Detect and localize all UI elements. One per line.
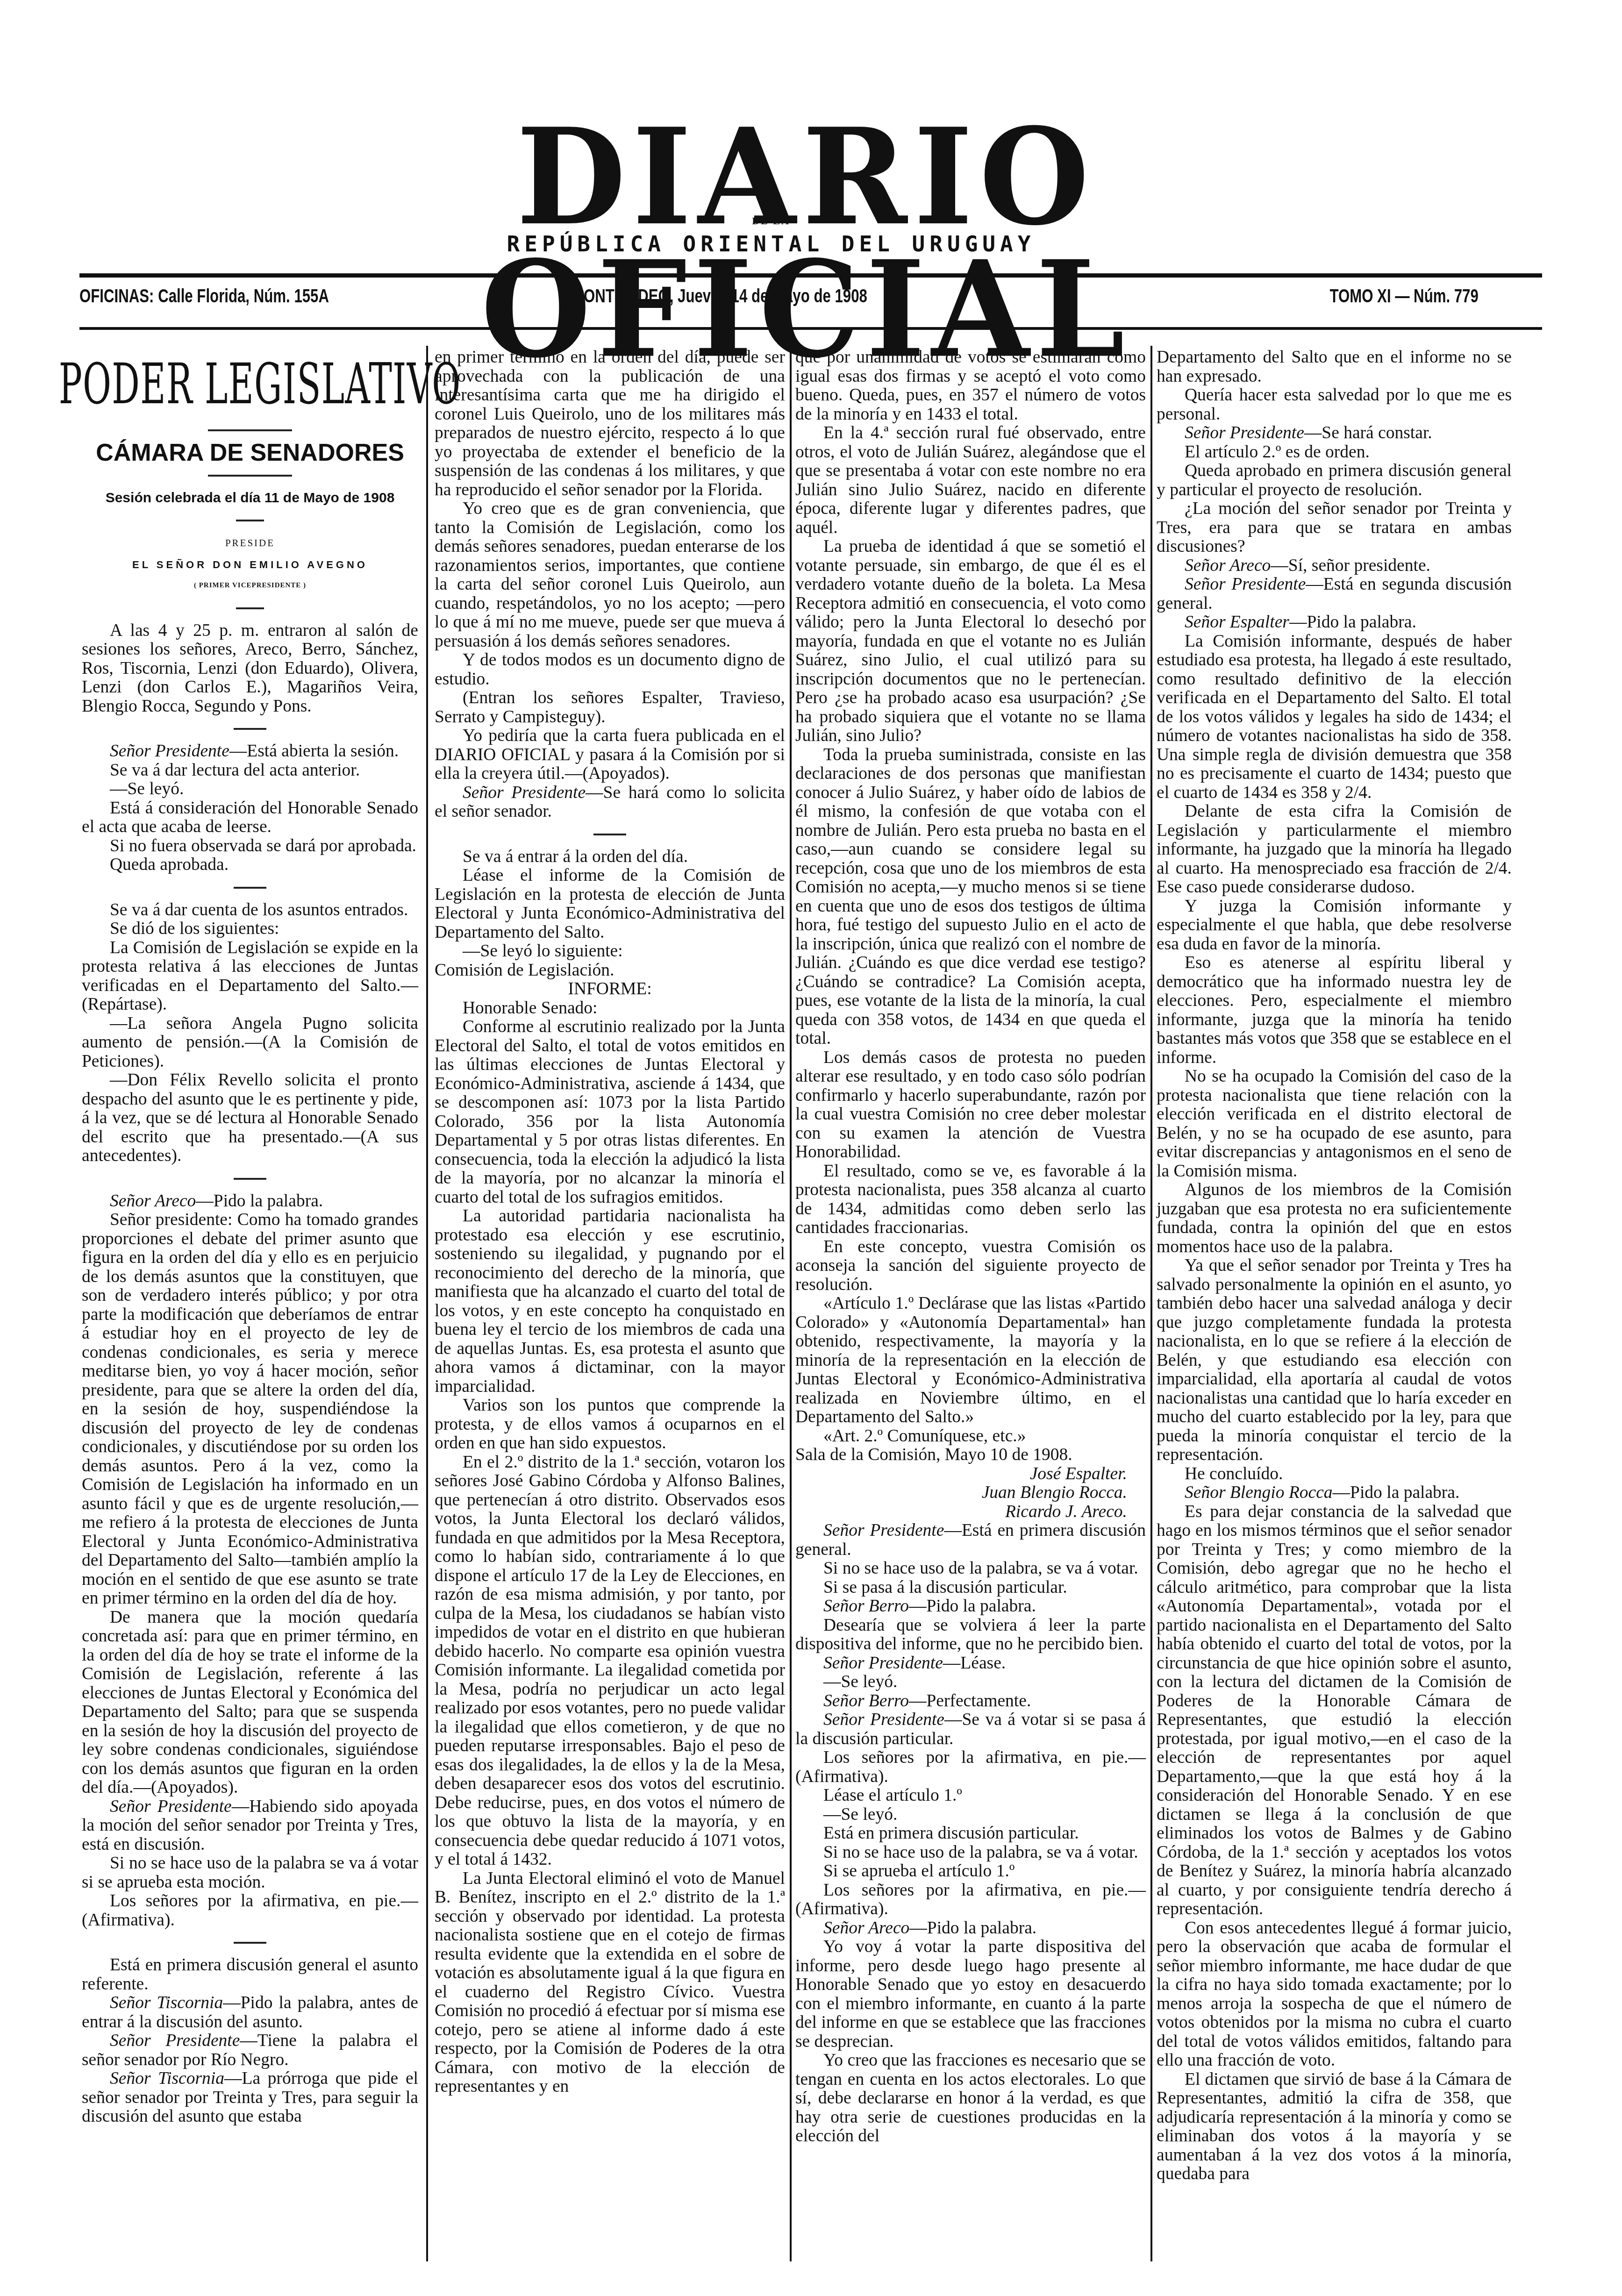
speaker-name: Señor Presidente [110, 742, 229, 761]
paragraph: Yo voy á votar la parte dispositiva del … [795, 1938, 1146, 2051]
speech-paragraph: Señor Berro—Perfectamente. [795, 1692, 1146, 1711]
paragraph-text: «Art. 2.º Comuníquese, etc.» [823, 1426, 1026, 1446]
paragraph-text: Es para dejar constancia de la salvedad … [1157, 1502, 1512, 1919]
paragraph-text: —Se leyó. [110, 779, 184, 799]
paragraph-text: Se va á entrar á la orden del día. [463, 847, 688, 866]
paragraph: Algunos de los miembros de la Comisión j… [1157, 1181, 1512, 1256]
paragraph-text: La Comisión de Legislación se expide en … [82, 938, 418, 1014]
presiding-officer-role: ( PRIMER VICEPRESIDENTE ) [82, 576, 418, 595]
paragraph-text: Se va á dar cuenta de los asuntos entrad… [110, 900, 408, 920]
divider [234, 887, 266, 889]
paragraph: Ya que el señor senador por Treinta y Tr… [1157, 1256, 1512, 1465]
speech-paragraph: Señor Areco—Sí, señor presidente. [1157, 556, 1512, 576]
paragraph: que por unanimidad de votos se estimarán… [795, 348, 1146, 424]
paragraph: Honorable Senado: [435, 999, 785, 1018]
speech-paragraph: Señor Presidente—Está en segunda discusi… [1157, 575, 1512, 613]
paragraph: Si no se hace uso de la palabra, se va á… [795, 1843, 1146, 1862]
paragraph-text: Ricardo J. Areco. [1005, 1502, 1127, 1521]
paragraph-text: La Junta Electoral eliminó el voto de Ma… [435, 1869, 785, 2096]
column-body: A las 4 y 25 p. m. entraron al salón de … [82, 621, 418, 2126]
speech-paragraph: Señor Berro—Pido la palabra. [795, 1597, 1146, 1616]
column-4: Departamento del Salto que en el informe… [1157, 348, 1512, 2184]
paragraph: Los demás casos de protesta no pueden al… [795, 1048, 1146, 1162]
speech-paragraph: Señor Presidente—Tiene la palabra el señ… [82, 2032, 418, 2069]
offices-address: OFICINAS: Calle Florida, Núm. 155A [79, 286, 329, 307]
paragraph: Si se aprueba el artículo 1.º [795, 1862, 1146, 1881]
column-2: en primer término en la orden del día, p… [435, 348, 785, 2096]
speech-paragraph: Señor Blengio Rocca—Pido la palabra. [1157, 1483, 1512, 1503]
paragraph: Se va á dar lectura del acta anterior. [82, 761, 418, 780]
paragraph-text: En la 4.ª sección rural fué observado, e… [795, 423, 1146, 537]
paragraph: Si no se hace uso de la palabra se va á … [82, 1854, 418, 1892]
paragraph-text: —Se leyó. [823, 1805, 897, 1824]
paragraph-text: Con esos antecedentes llegué á formar ju… [1157, 1918, 1512, 2070]
paragraph-text: Los señores por la afirmativa, en pie.—(… [795, 1881, 1146, 1919]
paragraph-text: Está en primera discusión particular. [823, 1824, 1079, 1843]
speaker-name: Señor Areco [1185, 556, 1271, 575]
paragraph-text: Señor presidente: Como ha tomado grandes… [82, 1210, 418, 1608]
paragraph: Comisión de Legislación. [435, 961, 785, 980]
masthead-rule-top [79, 273, 1542, 278]
paragraph: De manera que la moción quedaría concret… [82, 1608, 418, 1797]
column-1: PODER LEGISLATIVO CÁMARA DE SENADORES Se… [82, 348, 418, 2126]
column-rule [426, 346, 428, 2261]
session-date: Sesión celebrada el día 11 de Mayo de 19… [82, 489, 418, 508]
paragraph-text: —Se hará constar. [1304, 423, 1432, 442]
speaker-name: Señor Presidente [110, 1797, 232, 1816]
paragraph-text: La autoridad partidaria nacionalista ha … [435, 1206, 785, 1396]
paragraph-text: —Pido la palabra. [196, 1191, 323, 1211]
paragraph: Con esos antecedentes llegué á formar ju… [1157, 1919, 1512, 2070]
paragraph-text: El resultado, como se ve, es favorable á… [795, 1162, 1146, 1238]
paragraph: —La señora Angela Pugno solicita aumento… [82, 1014, 418, 1071]
paragraph-text: —Se leyó. [823, 1672, 897, 1691]
paragraph: A las 4 y 25 p. m. entraron al salón de … [82, 621, 418, 716]
paragraph: El artículo 2.º es de orden. [1157, 443, 1512, 462]
paragraph-text: Queda aprobado en primera discusión gene… [1157, 461, 1512, 499]
divider [593, 834, 626, 835]
paragraph: Es para dejar constancia de la salvedad … [1157, 1503, 1512, 1919]
paragraph-text: —Sí, señor presidente. [1271, 556, 1430, 575]
volume-number: TOMO XI — Núm. 779 [1329, 286, 1478, 307]
speech-paragraph: Señor Espalter—Pido la palabra. [1157, 613, 1512, 632]
paragraph: Conforme al escrutinio realizado por la … [435, 1018, 785, 1207]
speaker-name: Señor Areco [110, 1191, 196, 1211]
paragraph: Señor presidente: Como ha tomado grandes… [82, 1211, 418, 1608]
paragraph: En este concepto, vuestra Comisión os ac… [795, 1238, 1146, 1295]
dateline: MONTEVIDEO, Jueves 14 de Mayo de 1908 [572, 286, 867, 307]
paragraph: —Don Félix Revello solicita el pronto de… [82, 1071, 418, 1166]
paragraph: Juan Blengio Rocca. [795, 1483, 1146, 1503]
paragraph-text: Comisión de Legislación. [435, 961, 614, 980]
paragraph-text: En el 2.º distrito de la 1.ª sección, vo… [435, 1453, 785, 1869]
speaker-name: Señor Presidente [1185, 423, 1304, 442]
paragraph-text: —Pido la palabra. [909, 1597, 1036, 1616]
paragraph: La Comisión informante, después de haber… [1157, 632, 1512, 803]
paragraph-text: La prueba de identidad á que se sometió … [795, 537, 1146, 745]
info-bar: OFICINAS: Calle Florida, Núm. 155A MONTE… [79, 286, 1220, 309]
speech-paragraph: Señor Presidente—Léase. [795, 1654, 1146, 1673]
paragraph: Departamento del Salto que en el informe… [1157, 348, 1512, 386]
paragraph: El dictamen que sirvió de base á la Cáma… [1157, 2070, 1512, 2184]
paragraph: Se va á entrar á la orden del día. [435, 848, 785, 867]
speech-paragraph: Señor Presidente—Habiendo sido apoyada l… [82, 1797, 418, 1854]
section-heading: PODER LEGISLATIVO [59, 352, 441, 417]
paragraph: En la 4.ª sección rural fué observado, e… [795, 424, 1146, 537]
paragraph: José Espalter. [795, 1465, 1146, 1484]
paragraph: Yo creo que las fracciones es necesario … [795, 2051, 1146, 2146]
masthead-connector: DE LA [701, 215, 841, 227]
paragraph-text: «Artículo 1.º Declárase que las listas «… [795, 1294, 1146, 1426]
paragraph-text: En este concepto, vuestra Comisión os ac… [795, 1237, 1146, 1294]
paragraph-text: Conforme al escrutinio realizado por la … [435, 1017, 785, 1207]
speaker-name: Señor Berro [823, 1597, 909, 1616]
paragraph-text: Honorable Senado: [463, 998, 597, 1018]
paragraph: Sala de la Comisión, Mayo 10 de 1908. [795, 1446, 1146, 1465]
paragraph-text: Algunos de los miembros de la Comisión j… [1157, 1180, 1512, 1256]
paragraph: «Artículo 1.º Declárase que las listas «… [795, 1294, 1146, 1427]
speech-paragraph: Señor Areco—Pido la palabra. [82, 1192, 418, 1211]
paragraph: «Art. 2.º Comuníquese, etc.» [795, 1427, 1146, 1446]
speaker-name: Señor Berro [823, 1691, 909, 1711]
paragraph-text: en primer término en la orden del día, p… [435, 348, 785, 499]
presiding-officer: EL SEÑOR DON EMILIO AVEGNO [82, 556, 418, 575]
paragraph-text: Se dió de los siguientes: [110, 919, 279, 938]
speaker-name: Señor Tiscornia [110, 1993, 223, 2012]
paragraph: Los señores por la afirmativa, en pie.—(… [795, 1748, 1146, 1786]
paragraph: El resultado, como se ve, es favorable á… [795, 1162, 1146, 1238]
paragraph-text: Los demás casos de protesta no pueden al… [795, 1048, 1146, 1162]
column-body: Departamento del Salto que en el informe… [1157, 348, 1512, 2184]
paragraph: Toda la prueba suministrada, consiste en… [795, 746, 1146, 1048]
speech-paragraph: Señor Presidente—Se va á votar si se pas… [795, 1711, 1146, 1748]
paragraph-text: —Está abierta la sesión. [229, 742, 399, 761]
paragraph-text: Si se aprueba el artículo 1.º [823, 1861, 1015, 1881]
paragraph-text: —Perfectamente. [909, 1691, 1031, 1711]
chamber-heading: CÁMARA DE SENADORES [82, 443, 418, 463]
paragraph-text: El dictamen que sirvió de base á la Cáma… [1157, 2070, 1512, 2184]
paragraph: INFORME: [435, 980, 785, 999]
paragraph: Yo pediría que la carta fuera publicada … [435, 727, 785, 784]
paragraph-text: Departamento del Salto que en el informe… [1157, 348, 1512, 386]
paragraph: Está en primera discusión general el asu… [82, 1956, 418, 1994]
paragraph-text: Yo creo que las fracciones es necesario … [795, 2051, 1146, 2146]
speech-paragraph: Señor Presidente—Se hará como lo solicit… [435, 784, 785, 821]
speech-paragraph: Señor Tiscornia—La prórroga que pide el … [82, 2069, 418, 2126]
paragraph: Si no se hace uso de la palabra, se va á… [795, 1559, 1146, 1578]
paragraph: Y juzga la Comisión informante y especia… [1157, 897, 1512, 954]
paragraph: —Se leyó. [82, 780, 418, 799]
paragraph: Léase el informe de la Comisión de Legis… [435, 866, 785, 942]
paragraph: Los señores por la afirmativa, en pie.—(… [82, 1892, 418, 1930]
speaker-name: Señor Presidente [823, 1710, 944, 1729]
paragraph-text: que por unanimidad de votos se estimarán… [795, 348, 1146, 424]
paragraph-text: Si se pasa á la discusión particular. [823, 1578, 1067, 1597]
column-body: que por unanimidad de votos se estimarán… [795, 348, 1146, 2146]
paragraph-text: Queda aprobada. [110, 855, 229, 874]
paragraph: —Se leyó. [795, 1673, 1146, 1692]
paragraph-text: Está en primera discusión general el asu… [82, 1955, 418, 1994]
paragraph: ¿La moción del señor senador por Treinta… [1157, 499, 1512, 556]
paragraph-text: La Comisión informante, después de haber… [1157, 632, 1512, 802]
paragraph-text: —Pido la palabra. [909, 1918, 1036, 1938]
speaker-name: Señor Presidente [823, 1521, 944, 1540]
speaker-name: Señor Presidente [1185, 575, 1306, 594]
paragraph: —Se leyó lo siguiente: [435, 942, 785, 961]
divider [208, 429, 292, 431]
paragraph: Si se pasa á la discusión particular. [795, 1578, 1146, 1597]
paragraph-text: Si no fuera observada se dará por aproba… [110, 836, 416, 856]
speech-paragraph: Señor Areco—Pido la palabra. [795, 1919, 1146, 1938]
masthead-subtitle: REPÚBLICA ORIENTAL DEL URUGUAY [467, 231, 1075, 257]
paragraph: —Se leyó. [795, 1805, 1146, 1825]
divider [236, 607, 264, 609]
paragraph-text: (Entran los señores Espalter, Travieso, … [435, 688, 785, 727]
paragraph-text: Si no se hace uso de la palabra se va á … [82, 1854, 418, 1892]
column-3: que por unanimidad de votos se estimarán… [795, 348, 1146, 2146]
paragraph: Se dió de los siguientes: [82, 920, 418, 939]
paragraph: La prueba de identidad á que se sometió … [795, 537, 1146, 746]
speaker-name: Señor Blengio Rocca [1185, 1483, 1333, 1502]
paragraph-text: A las 4 y 25 p. m. entraron al salón de … [82, 621, 418, 716]
divider [208, 475, 292, 477]
paragraph: La autoridad partidaria nacionalista ha … [435, 1207, 785, 1396]
speech-paragraph: Señor Tiscornia—Pido la palabra, antes d… [82, 1994, 418, 2032]
paragraph-text: Los señores por la afirmativa, en pie.—(… [82, 1891, 418, 1930]
paragraph: Los señores por la afirmativa, en pie.—(… [795, 1881, 1146, 1919]
paragraph-text: Está á consideración del Honorable Senad… [82, 799, 418, 837]
paragraph: Se va á dar cuenta de los asuntos entrad… [82, 901, 418, 920]
paragraph-text: Léase el artículo 1.º [823, 1786, 962, 1805]
paragraph-text: Si no se hace uso de la palabra, se va á… [823, 1843, 1138, 1862]
paragraph: Yo creo que es de gran conveniencia, que… [435, 499, 785, 651]
paragraph-text: —Pido la palabra. [1289, 613, 1416, 632]
paragraph-text: INFORME: [568, 979, 651, 998]
paragraph-text: —Pido la palabra. [1333, 1483, 1460, 1502]
paragraph-text: No se ha ocupado la Comisión del caso de… [1157, 1067, 1512, 1181]
paragraph: Eso es atenerse al espíritu liberal y de… [1157, 954, 1512, 1067]
divider [234, 728, 266, 730]
speech-paragraph: Señor Presidente—Está abierta la sesión. [82, 742, 418, 761]
speaker-name: Señor Presidente [463, 783, 586, 802]
paragraph-text: Varios son los puntos que comprende la p… [435, 1396, 785, 1453]
paragraph-text: Yo pediría que la carta fuera publicada … [435, 726, 785, 783]
speaker-name: Señor Espalter [1185, 613, 1289, 632]
paragraph: (Entran los señores Espalter, Travieso, … [435, 689, 785, 727]
paragraph: Está en primera discusión particular. [795, 1824, 1146, 1843]
paragraph-text: —Se leyó lo siguiente: [463, 941, 623, 961]
paragraph-text: Y juzga la Comisión informante y especia… [1157, 897, 1512, 954]
paragraph-text: Se va á dar lectura del acta anterior. [110, 761, 360, 780]
paragraph-text: ¿La moción del señor senador por Treinta… [1157, 499, 1512, 556]
paragraph: Si no fuera observada se dará por aproba… [82, 837, 418, 856]
paragraph: Y de todos modos es un documento digno d… [435, 651, 785, 689]
paragraph-text: Y de todos modos es un documento digno d… [435, 650, 785, 689]
paragraph-text: Yo voy á votar la parte dispositiva del … [795, 1937, 1146, 2051]
paragraph-text: —Léase. [943, 1654, 1006, 1673]
paragraph-text: —Don Félix Revello solicita el pronto de… [82, 1070, 418, 1165]
speaker-name: Señor Presidente [110, 2031, 240, 2050]
speaker-name: Señor Areco [823, 1918, 909, 1938]
paragraph: Queda aprobado en primera discusión gene… [1157, 462, 1512, 499]
paragraph: en primer término en la orden del día, p… [435, 348, 785, 499]
paragraph-text: Delante de esta cifra la Comisión de Leg… [1157, 802, 1512, 897]
speaker-name: Señor Presidente [823, 1654, 943, 1673]
paragraph: La Comisión de Legislación se expide en … [82, 939, 418, 1014]
speech-paragraph: Señor Presidente—Está en primera discusi… [795, 1521, 1146, 1559]
preside-label: PRESIDE [82, 534, 418, 553]
masthead-rule-bottom [79, 327, 1542, 330]
paragraph: Delante de esta cifra la Comisión de Leg… [1157, 802, 1512, 897]
column-rule [790, 346, 792, 2261]
paragraph: Léase el artículo 1.º [795, 1786, 1146, 1805]
paragraph: Desearía que se volviera á leer la parte… [795, 1616, 1146, 1654]
divider [234, 1178, 266, 1180]
paragraph-text: He concluído. [1185, 1464, 1283, 1483]
speaker-name: Señor Tiscornia [110, 2069, 224, 2088]
paragraph: La Junta Electoral eliminó el voto de Ma… [435, 1869, 785, 2096]
paragraph-text: Ya que el señor senador por Treinta y Tr… [1157, 1256, 1512, 1464]
paragraph-text: El artículo 2.º es de orden. [1185, 442, 1370, 462]
paragraph-text: Eso es atenerse al espíritu liberal y de… [1157, 953, 1512, 1067]
paragraph: Varios son los puntos que comprende la p… [435, 1396, 785, 1453]
column-rule [1150, 346, 1152, 2261]
paragraph-text: Juan Blengio Rocca. [982, 1483, 1127, 1502]
speech-paragraph: Señor Presidente—Se hará constar. [1157, 424, 1512, 443]
paragraph: Ricardo J. Areco. [795, 1503, 1146, 1522]
paragraph-text: Si no se hace uso de la palabra, se va á… [823, 1559, 1138, 1578]
paragraph-text: Los señores por la afirmativa, en pie.—(… [795, 1748, 1146, 1786]
paragraph-text: José Espalter. [1030, 1464, 1127, 1483]
paragraph-text: Toda la prueba suministrada, consiste en… [795, 745, 1146, 1048]
paragraph: Queda aprobada. [82, 856, 418, 875]
paragraph: No se ha ocupado la Comisión del caso de… [1157, 1067, 1512, 1181]
paragraph-text: —La señora Angela Pugno solicita aumento… [82, 1014, 418, 1071]
paragraph-text: Quería hacer esta salvedad por lo que me… [1157, 385, 1512, 424]
paragraph: En el 2.º distrito de la 1.ª sección, vo… [435, 1453, 785, 1869]
paragraph-text: Léase el informe de la Comisión de Legis… [435, 866, 785, 942]
paragraph: Está á consideración del Honorable Senad… [82, 799, 418, 837]
paragraph: He concluído. [1157, 1465, 1512, 1484]
paragraph-text: Sala de la Comisión, Mayo 10 de 1908. [795, 1445, 1072, 1464]
divider [236, 520, 264, 521]
column-body: en primer término en la orden del día, p… [435, 348, 785, 2096]
divider [234, 1942, 266, 1944]
paragraph-text: Yo creo que es de gran conveniencia, que… [435, 499, 785, 651]
paragraph-text: De manera que la moción quedaría concret… [82, 1608, 418, 1797]
paragraph: Quería hacer esta salvedad por lo que me… [1157, 386, 1512, 424]
paragraph-text: Desearía que se volviera á leer la parte… [795, 1616, 1146, 1654]
